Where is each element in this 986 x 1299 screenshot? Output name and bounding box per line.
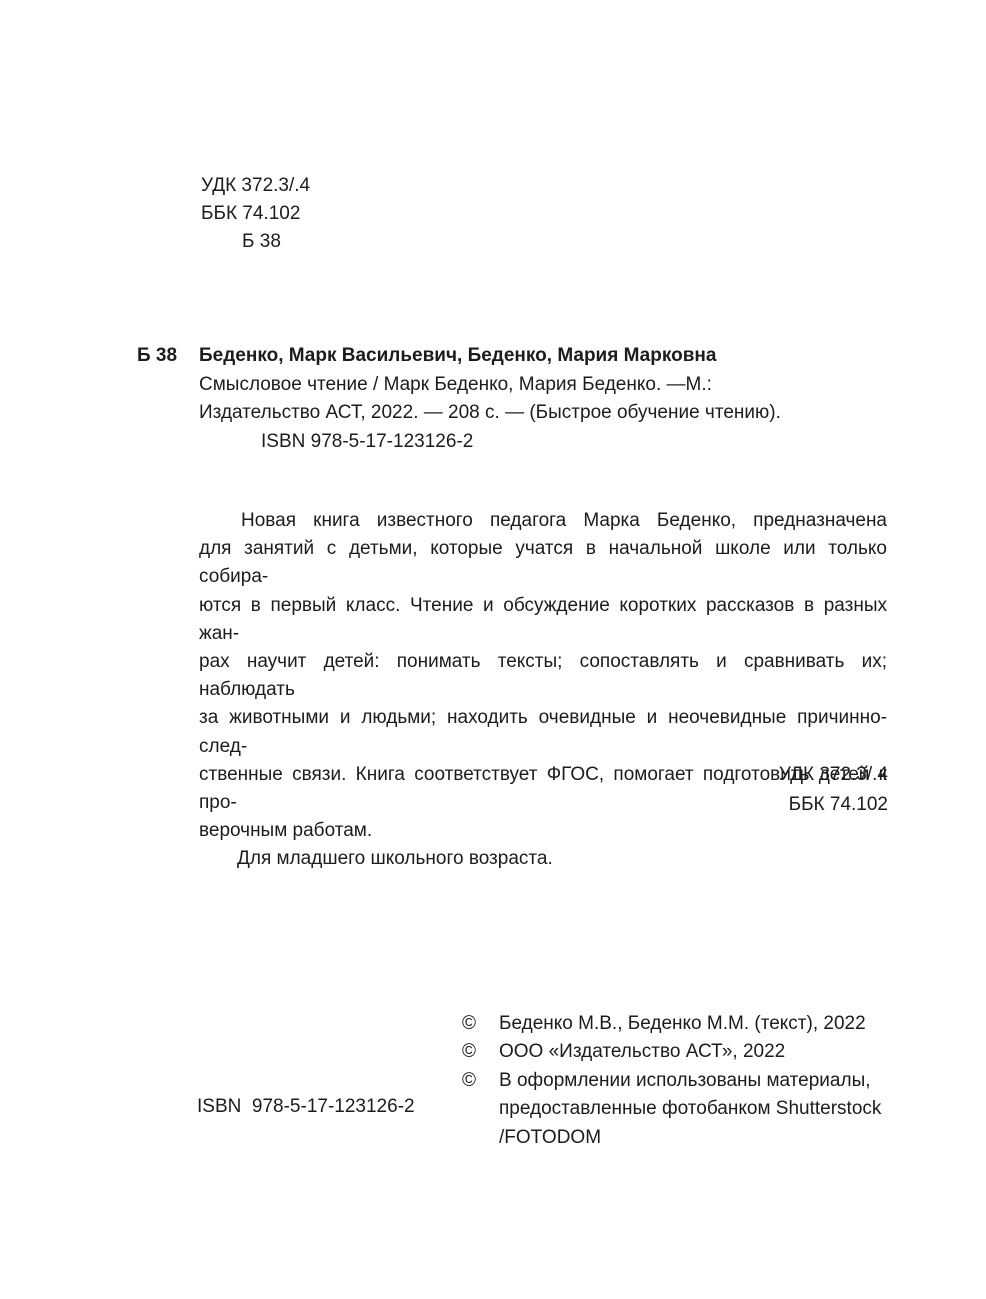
bib-text: Беденко, Марк Васильевич, Беденко, Мария…	[199, 342, 899, 456]
copyright-block: © Беденко М.В., Беденко М.М. (текст), 20…	[462, 1010, 881, 1152]
annotation-line: за животными и людьми; находить очевидны…	[199, 704, 887, 760]
top-classification-codes: УДК 372.3/.4 ББК 74.102 Б 38	[201, 172, 310, 256]
author-sign: Б 38	[201, 228, 310, 256]
bib-isbn: ISBN 978-5-17-123126-2	[199, 428, 899, 457]
annotation-line: рах научит детей: понимать тексты; сопос…	[199, 648, 887, 704]
copyright-icon: ©	[462, 1067, 499, 1095]
bib-author-sign: Б 38	[137, 342, 177, 371]
right-classification-codes: УДК 372.3/.4 ББК 74.102	[779, 760, 888, 819]
copyright-text: В оформлении использованы материалы, пре…	[499, 1067, 881, 1152]
copyright-row: © Беденко М.В., Беденко М.М. (текст), 20…	[462, 1010, 881, 1038]
copyright-icon: ©	[462, 1010, 499, 1038]
copyright-row: © В оформлении использованы материалы, п…	[462, 1067, 881, 1152]
bibliographic-record: Б 38 Беденко, Марк Васильевич, Беденко, …	[137, 342, 917, 456]
bbk-code: ББК 74.102	[201, 200, 310, 228]
isbn-bottom: ISBN 978-5-17-123126-2	[197, 1096, 415, 1118]
copyright-text-line: /FOTODOM	[499, 1124, 881, 1152]
udk-code: УДК 372.3/.4	[201, 172, 310, 200]
copyright-icon: ©	[462, 1038, 499, 1066]
annotation-line: Новая книга известного педагога Марка Бе…	[199, 507, 887, 535]
annotation-line: для занятий с детьми, которые учатся в н…	[199, 535, 887, 591]
annotation-audience-line: Для младшего школьного возраста.	[199, 845, 887, 873]
copyright-text: ООО «Издательство АСТ», 2022	[499, 1038, 881, 1066]
annotation-line: верочным работам.	[199, 817, 887, 845]
bib-title-line: Смысловое чтение / Марк Беденко, Мария Б…	[199, 371, 899, 400]
udk-code-right: УДК 372.3/.4	[779, 760, 888, 790]
bib-authors-line: Беденко, Марк Васильевич, Беденко, Мария…	[199, 342, 899, 371]
bbk-code-right: ББК 74.102	[779, 790, 888, 820]
bib-imprint-line: Издательство АСТ, 2022. — 208 с. — (Быст…	[199, 399, 899, 428]
copyright-row: © ООО «Издательство АСТ», 2022	[462, 1038, 881, 1066]
book-imprint-page: УДК 372.3/.4 ББК 74.102 Б 38 Б 38 Беденк…	[0, 0, 986, 1299]
copyright-text-line: предоставленные фотобанком Shutterstock	[499, 1095, 881, 1123]
copyright-text: Беденко М.В., Беденко М.М. (текст), 2022	[499, 1010, 881, 1038]
copyright-text-line: В оформлении использованы материалы,	[499, 1067, 881, 1095]
annotation-line: ются в первый класс. Чтение и обсуждение…	[199, 592, 887, 648]
